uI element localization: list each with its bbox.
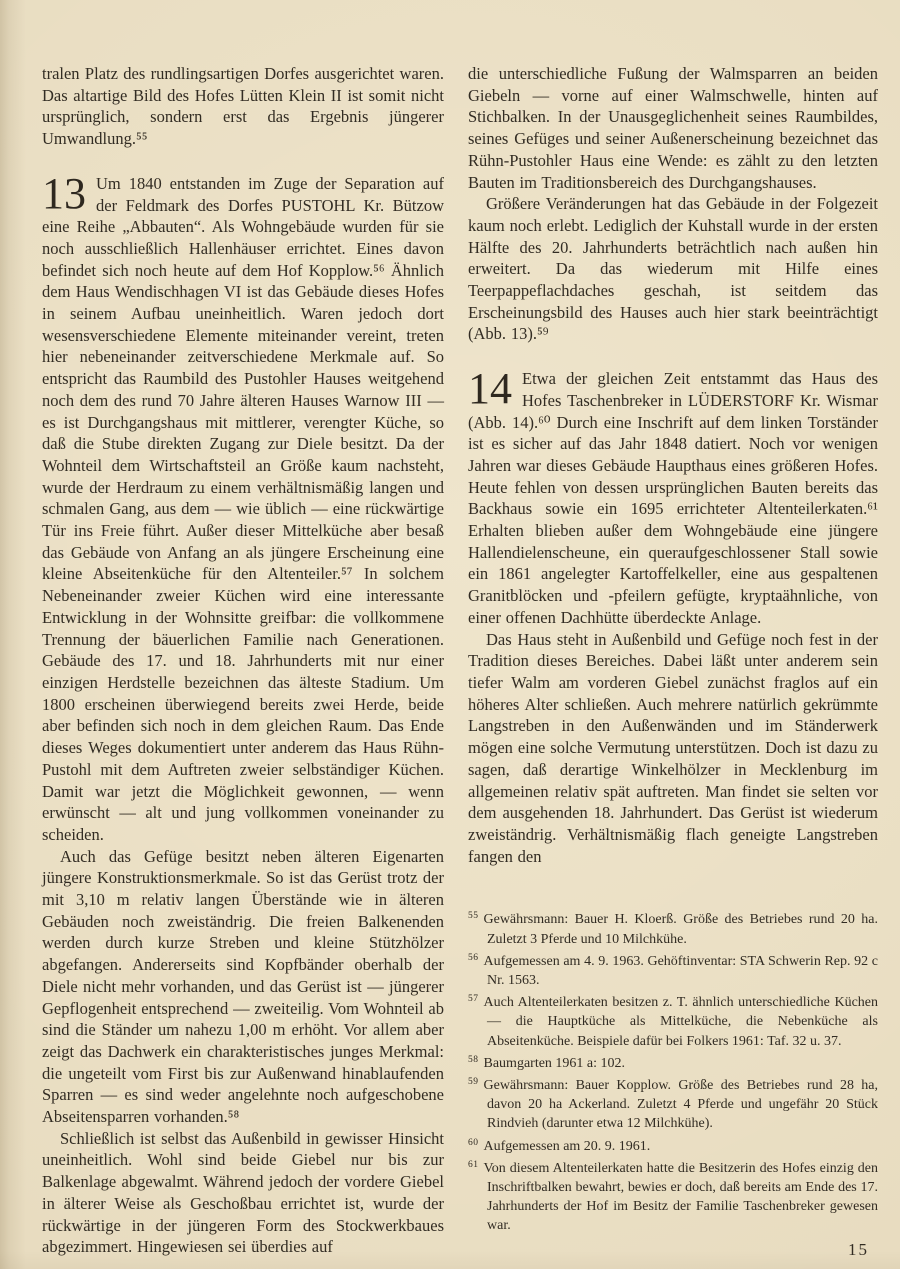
footnote: 55Gewährsmann: Bauer H. Kloerß. Größe de… [468, 907, 878, 948]
footnote-marker: 55 [468, 911, 484, 921]
paragraph-tradition: Das Haus steht in Außenbild und Gefüge n… [468, 629, 878, 868]
footnote-marker: 60 [468, 1138, 484, 1148]
paragraph-gefuege: Auch das Gefüge besitzt neben älteren Ei… [42, 846, 444, 1128]
footnote-text: Auch Altenteilerkaten besitzen z. T. ähn… [484, 995, 879, 1048]
paragraph-continuation-prev-page: tralen Platz des rundlingsartigen Dorfes… [42, 63, 444, 150]
footnote-text: Gewährsmann: Bauer Kopplow. Größe des Be… [484, 1078, 879, 1131]
paragraph-aussenbild: Schließlich ist selbst das Außenbild in … [42, 1128, 444, 1258]
book-page: tralen Platz des rundlingsartigen Dorfes… [0, 0, 900, 1269]
footnote-text: Von diesem Altenteilerkaten hatte die Be… [484, 1161, 879, 1234]
section-14: 14 Etwa der gleichen Zeit entstammt das … [468, 368, 878, 628]
right-column: die unterschiedliche Fußung der Walmspar… [468, 63, 878, 1236]
footnote: 61Von diesem Altenteilerkaten hatte die … [468, 1156, 878, 1236]
footnote: 60Aufgemessen am 20. 9. 1961. [468, 1134, 878, 1156]
footnote: 59Gewährsmann: Bauer Kopplow. Größe des … [468, 1073, 878, 1134]
footnote: 56Aufgemessen am 4. 9. 1963. Gehöftinven… [468, 949, 878, 990]
page-number: 15 [848, 1240, 869, 1260]
footnote-marker: 58 [468, 1055, 484, 1065]
section-14-text: Etwa der gleichen Zeit entstammt das Hau… [468, 368, 878, 628]
footnote-text: Aufgemessen am 4. 9. 1963. Gehöftinventa… [484, 954, 879, 988]
footnote-marker: 57 [468, 994, 484, 1004]
section-14-number: 14 [468, 368, 522, 410]
footnotes-block: 55Gewährsmann: Bauer H. Kloerß. Größe de… [468, 907, 878, 1235]
footnote: 57Auch Altenteilerkaten besitzen z. T. ä… [468, 990, 878, 1051]
section-13: 13 Um 1840 entstanden im Zuge der Separa… [42, 173, 444, 846]
section-13-text: Um 1840 entstanden im Zuge der Separatio… [42, 173, 444, 846]
left-column: tralen Platz des rundlingsartigen Dorfes… [42, 63, 444, 1258]
footnote-marker: 61 [468, 1160, 484, 1170]
footnote-marker: 56 [468, 953, 484, 963]
section-13-number: 13 [42, 173, 96, 215]
footnote-text: Gewährsmann: Bauer H. Kloerß. Größe des … [484, 912, 879, 946]
footnote-text: Aufgemessen am 20. 9. 1961. [484, 1139, 651, 1154]
footnote-marker: 59 [468, 1077, 484, 1087]
paragraph-continuation-left-column: die unterschiedliche Fußung der Walmspar… [468, 63, 878, 193]
paragraph-veraenderungen: Größere Veränderungen hat das Gebäude in… [468, 193, 878, 345]
footnote-text: Baumgarten 1961 a: 102. [484, 1056, 626, 1071]
footnote: 58Baumgarten 1961 a: 102. [468, 1051, 878, 1073]
